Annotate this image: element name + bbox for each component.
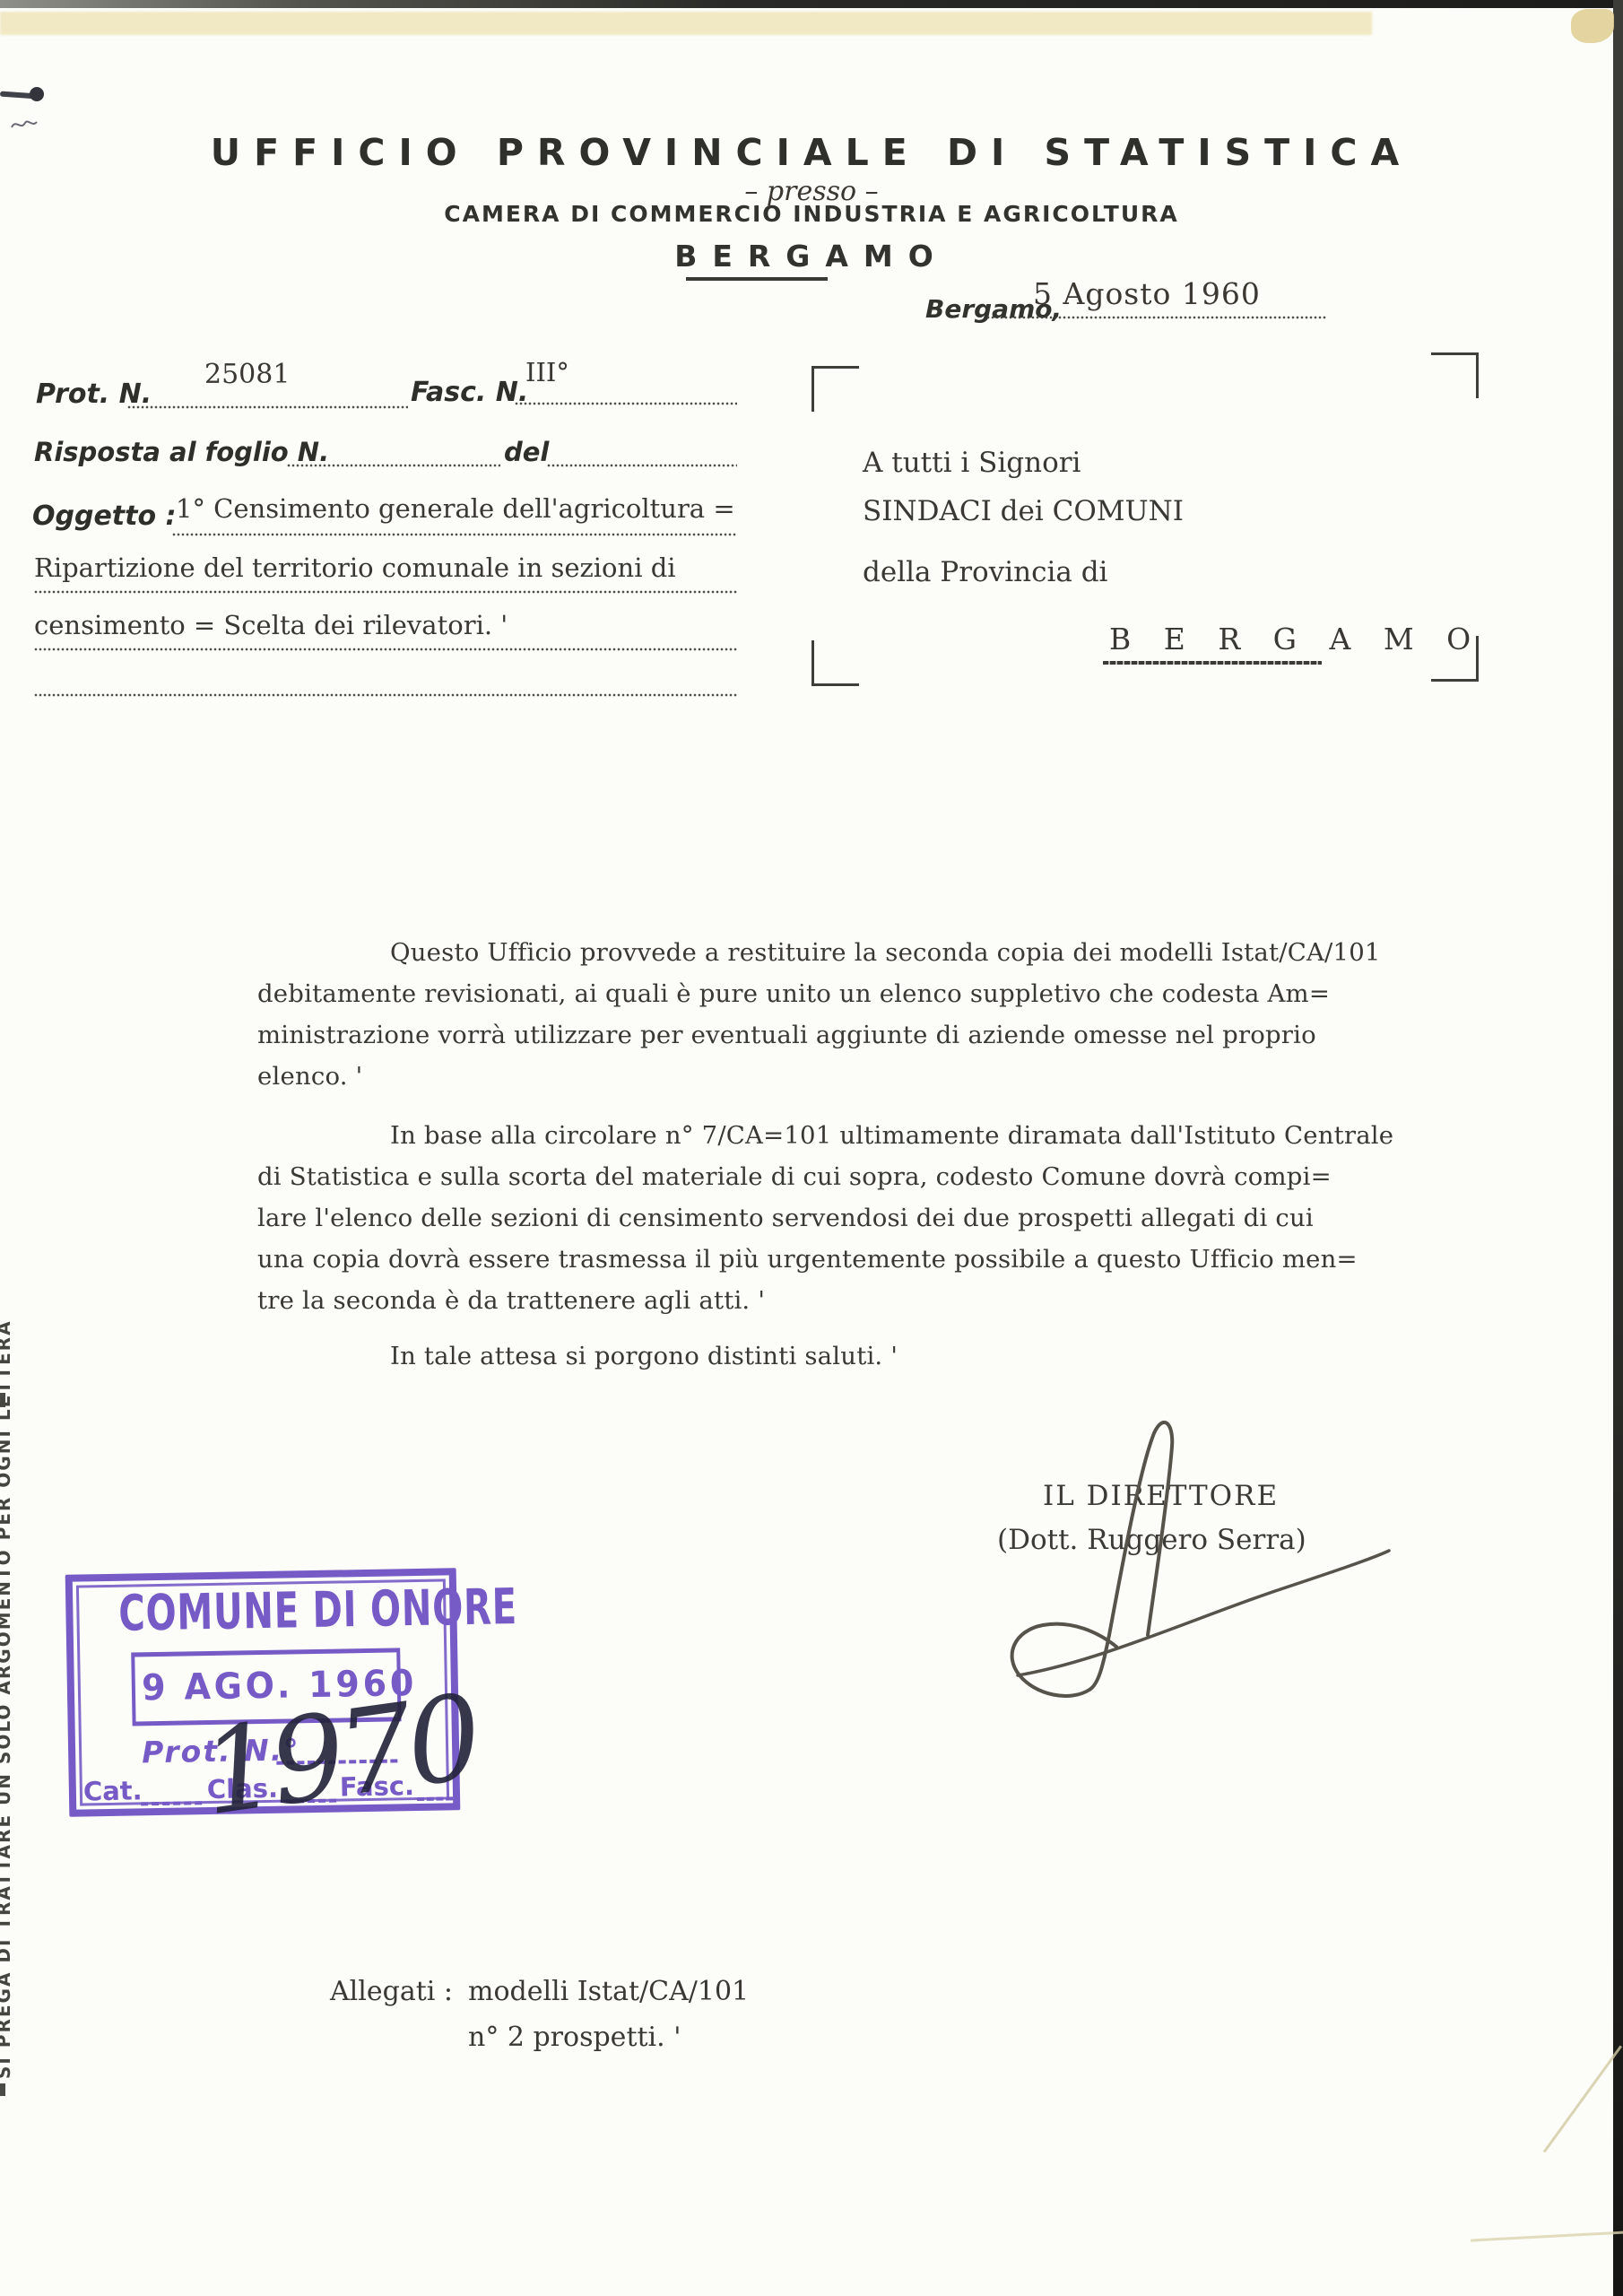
recipient-line-1: A tutti i Signori	[863, 447, 1081, 479]
oggetto-dotted-line-4	[34, 693, 737, 697]
body-p1-line1: Questo Ufficio provvede a restituire la …	[257, 938, 1614, 967]
attachments-label: Allegati :	[330, 1976, 453, 2007]
stamp-cat-label: Cat.	[83, 1775, 143, 1806]
scan-right-border	[1613, 0, 1623, 2296]
oggetto-line1: 1° Censimento generale dell'agricoltura …	[176, 493, 735, 524]
margin-note-vertical: SI PREGA DI TRATTARE UN SOLO ARGOMENTO P…	[0, 1016, 14, 2079]
attachments-line1: modelli Istat/CA/101	[468, 1976, 749, 2007]
fasc-value: III°	[525, 357, 569, 387]
body-p2-line4: una copia dovrà essere trasmessa il più …	[257, 1245, 1481, 1274]
body-p2-line3: lare l'elenco delle sezioni di censiment…	[257, 1204, 1481, 1232]
pen-scribble	[11, 117, 38, 135]
oggetto-dotted-line-1	[172, 533, 737, 536]
oggetto-dotted-line-2	[34, 590, 737, 594]
prot-value: 25081	[204, 359, 290, 390]
oggetto-line2: Ripartizione del territorio comunale in …	[34, 552, 676, 583]
body-p2-line5: tre la seconda è da trattenere agli atti…	[257, 1286, 1481, 1315]
scan-top-border	[0, 0, 1623, 8]
date-handwritten: 5 Agosto 1960	[1033, 276, 1261, 311]
address-bracket-bottom-left	[811, 640, 859, 686]
risposta-label: Risposta al foglio N.	[34, 437, 329, 467]
attachments-line2: n° 2 prospetti. '	[468, 2022, 681, 2053]
oggetto-line3: censimento = Scelta dei rilevatori. '	[34, 610, 508, 640]
stamp-prot-number-handwritten: 1970	[195, 1678, 483, 1831]
staple-head-mark	[30, 87, 44, 101]
address-bracket-top-right	[1431, 352, 1479, 398]
handwritten-signature	[964, 1406, 1412, 1702]
del-label: del	[504, 437, 549, 467]
body-p1-line4: elenco. '	[257, 1062, 1481, 1091]
body-p1-line3: ministrazione vorrà utilizzare per event…	[257, 1021, 1481, 1049]
letterhead-chamber: CAMERA DI COMMERCIO INDUSTRIA E AGRICOLT…	[444, 201, 1178, 227]
recipient-city-underline	[1103, 661, 1322, 665]
risposta-dotted-line	[287, 464, 500, 467]
paper-crease-2	[1471, 2231, 1623, 2241]
oggetto-label: Oggetto :	[32, 500, 177, 532]
recipient-line-2: SINDACI dei COMUNI	[863, 495, 1184, 527]
scan-corner-stain	[1571, 9, 1614, 43]
body-p1-line2: debitamente revisionati, ai quali è pure…	[257, 979, 1481, 1008]
date-dotted-line	[986, 316, 1327, 319]
body-p3: In tale attesa si porgono distinti salut…	[257, 1342, 1614, 1370]
del-dotted-line	[547, 464, 737, 467]
fasc-dotted-line	[515, 402, 737, 405]
recipient-city: B E R G A M O	[1109, 622, 1482, 657]
fasc-label: Fasc. N.	[411, 377, 528, 408]
scanned-letter-page: UFFICIO PROVINCIALE DI STATISTICA – pres…	[0, 0, 1623, 2296]
body-p2-line2: di Statistica e sulla scorta del materia…	[257, 1162, 1481, 1191]
edge-nick-2	[0, 2083, 5, 2096]
recipient-line-3: della Provincia di	[863, 556, 1107, 588]
scan-yellow-strip	[0, 12, 1372, 35]
letterhead-city: BERGAMO	[674, 239, 949, 274]
oggetto-dotted-line-3	[34, 648, 737, 651]
address-bracket-top-left	[811, 366, 859, 412]
body-p2-line1: In base alla circolare n° 7/CA=101 ultim…	[257, 1121, 1614, 1150]
paper-crease	[1543, 2046, 1622, 2153]
prot-dotted-line	[127, 405, 408, 409]
stamp-municipality: COMUNE DI ONORE	[118, 1579, 404, 1642]
letterhead-city-underline	[686, 277, 828, 281]
letterhead-office-title: UFFICIO PROVINCIALE DI STATISTICA	[211, 131, 1412, 174]
